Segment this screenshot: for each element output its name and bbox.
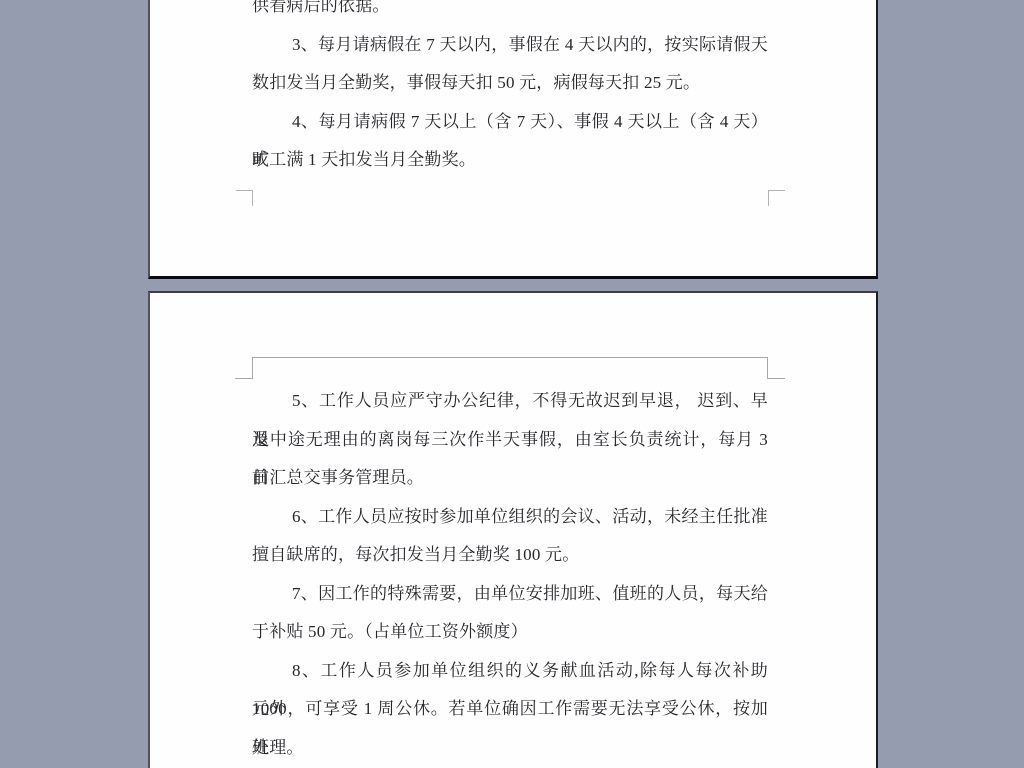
text-line: 6、工作人员应按时参加单位组织的会议、活动，未经主任批准: [252, 498, 768, 537]
text-line: 前汇总交事务管理员。: [252, 459, 768, 498]
page-1[interactable]: 供看病后的依据。3、每月请病假在 7 天以内，事假在 4 天以内的，按实际请假天…: [148, 0, 878, 279]
text-line: 于补贴 50 元。（占单位工资外额度）: [252, 613, 768, 652]
text-line: 3、每月请病假在 7 天以内，事假在 4 天以内的，按实际请假天: [252, 26, 768, 65]
page-1-text: 供看病后的依据。3、每月请病假在 7 天以内，事假在 4 天以内的，按实际请假天…: [252, 0, 768, 180]
text-line: 8、工作人员参加单位组织的义务献血活动,除每人每次补助 1000: [252, 652, 768, 691]
page-2[interactable]: 5、工作人员应严守办公纪律，不得无故迟到早退， 迟到、早退及中途无理由的离岗每三…: [148, 291, 878, 768]
document-canvas: 供看病后的依据。3、每月请病假在 7 天以内，事假在 4 天以内的，按实际请假天…: [148, 0, 878, 768]
text-line: 元外，可享受 1 周公休。若单位确因工作需要无法享受公休，按加班: [252, 690, 768, 729]
text-line: 旷工满 1 天扣发当月全勤奖。: [252, 141, 768, 180]
text-line: 供看病后的依据。: [252, 0, 768, 26]
text-line: 5、工作人员应严守办公纪律，不得无故迟到早退， 迟到、早退: [252, 382, 768, 421]
header-boundary-mark: [252, 357, 768, 379]
text-line: 擅自缺席的，每次扣发当月全勤奖 100 元。: [252, 536, 768, 575]
margin-mark-top-left: [235, 378, 252, 379]
text-line: 7、因工作的特殊需要，由单位安排加班、值班的人员，每天给: [252, 575, 768, 614]
margin-mark-bottom-left: [236, 190, 253, 206]
margin-mark-top-right: [768, 378, 785, 379]
margin-mark-bottom-right: [768, 190, 785, 206]
text-line: 及中途无理由的离岗每三次作半天事假，由室长负责统计，每月 3 日: [252, 421, 768, 460]
page-2-text: 5、工作人员应严守办公纪律，不得无故迟到早退， 迟到、早退及中途无理由的离岗每三…: [252, 382, 768, 767]
text-line: 处理。: [252, 729, 768, 768]
text-line: 4、每月请病假 7 天以上（含 7 天）、事假 4 天以上（含 4 天）或: [252, 103, 768, 142]
text-line: 数扣发当月全勤奖，事假每天扣 50 元，病假每天扣 25 元。: [252, 64, 768, 103]
